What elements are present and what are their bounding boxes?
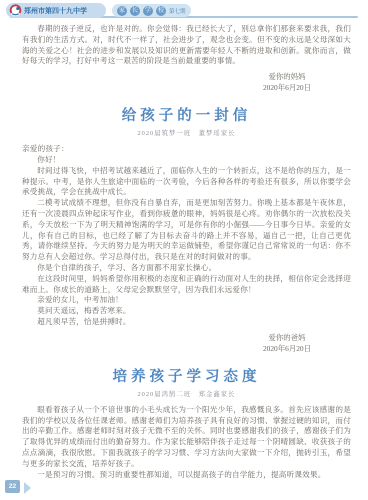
section-byline-article: 2020届鸿鹄二班 郑金鑫家长 — [22, 389, 351, 398]
letter-closing-line: 莫问天遥远，梅香苦寒来。 — [22, 306, 351, 317]
page-arrow-icon — [23, 481, 33, 495]
signature-name: 爱你的爸妈 — [263, 332, 311, 343]
school-logo-icon — [9, 4, 22, 17]
page-content: 春期的孩子逆反，也许是对的。你会觉得：我已经长大了，别总拿你们那套来要求我，我们… — [22, 24, 351, 480]
letter-paragraph: 二模考试成绩不理想，但你没有自暴自弃，而是更加刻苦努力。你晚上基本都是午夜休息，… — [22, 198, 351, 263]
school-banner: 郑州市第四十九中学 — [6, 3, 106, 18]
letter-salutation: 亲爱的孩子： — [22, 144, 351, 155]
letter-body: 亲爱的孩子： 你好！ 时间过得飞快，中招考试越来越近了，面临你人生的一个转折点，… — [22, 144, 351, 354]
page-header: 郑州市第四十九中学 家 长 学 校 第七期 — [6, 3, 362, 21]
signature-block-parents: 爱你的爸妈 2020年6月20日 — [263, 332, 311, 354]
letter-paragraph: 在这段时间里，妈妈希望你用积极的态度和正确的行动面对人生的抉择，相信你定会选择迎… — [22, 274, 351, 296]
masthead-badges: 家 长 学 校 第七期 — [112, 4, 191, 17]
school-name: 郑州市第四十九中学 — [24, 6, 87, 16]
letter-closing-line: 亲爱的女儿，中考加油！ — [22, 295, 351, 306]
letter-paragraph: 时间过得飞快，中招考试越来越近了，面临你人生的一个转折点，这不是给你的压力，是一… — [22, 166, 351, 198]
previous-letter-paragraph: 春期的孩子逆反，也许是对的。你会觉得：我已经长大了，别总拿你们那套来要求我，我们… — [22, 24, 351, 67]
masthead-badge-char: 家 — [117, 6, 127, 16]
signature-date: 2020年6月20日 — [263, 343, 311, 354]
signature-date: 2020年6月20日 — [263, 82, 311, 93]
masthead-badge-char: 学 — [143, 6, 153, 16]
section-title-letter: 给孩子的一封信 — [22, 104, 351, 125]
newsletter-page: 郑州市第四十九中学 家 长 学 校 第七期 春期的孩子逆反，也许是对的。你会觉得… — [0, 0, 368, 500]
article-paragraph: 眼看着孩子从一个不谙世事的小毛头成长为一个阳光少年，我感慨良多。首先应该感谢的是… — [22, 405, 351, 470]
letter-closing-line: 超凡须早苦，恰是拼搏时。 — [22, 317, 351, 328]
masthead-badge-char: 校 — [156, 6, 166, 16]
article-paragraph: 一是预习的习惯。预习的重要性都知道，可以提高孩子的自学能力，提高听课效果。 — [22, 470, 351, 481]
page-number-badge: 22 — [5, 480, 20, 493]
signature-name: 爱你的妈妈 — [263, 71, 311, 82]
issue-label: 第七期 — [169, 7, 186, 15]
masthead-badge-char: 长 — [130, 6, 140, 16]
section-title-article: 培养孩子学习态度 — [22, 365, 351, 386]
letter-paragraph: 你是个自律的孩子，学习、各方面都不用家长操心。 — [22, 263, 351, 274]
section-byline-letter: 2020届筑梦一班 董梦瑶家长 — [22, 128, 351, 137]
letter-greeting: 你好！ — [22, 155, 351, 166]
signature-block-mother: 爱你的妈妈 2020年6月20日 — [263, 71, 311, 93]
